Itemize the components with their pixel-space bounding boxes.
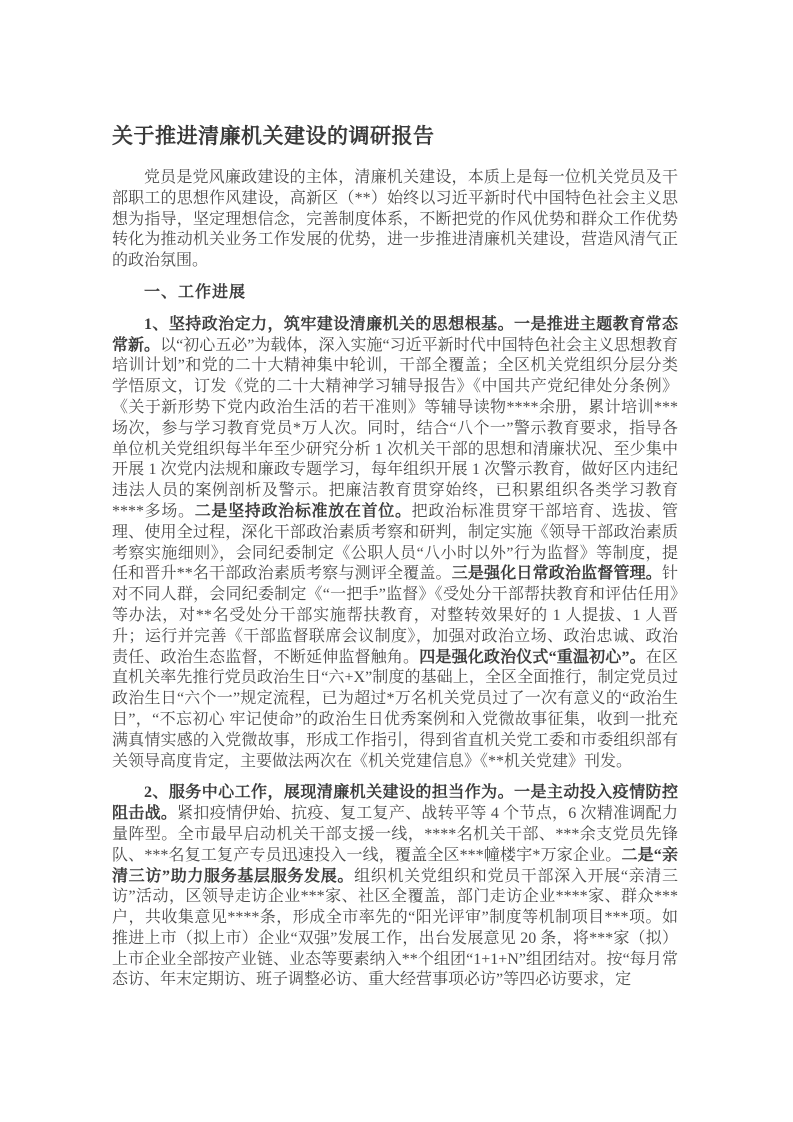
intro-paragraph: 党员是党风廉政建设的主体，清廉机关建设，本质上是每一位机关党员及干部职工的思想作… <box>112 168 678 272</box>
section-heading-work-progress: 一、工作进展 <box>112 283 678 304</box>
bold-run: 四是强化政治仪式“重温初心”。 <box>419 649 646 666</box>
bold-run: 三是强化日常政治监督管理。 <box>452 565 662 582</box>
paragraph-political-foundation: 1、坚持政治定力，筑牢建设清廉机关的思想根基。一是推进主题教育常态常新。以“初心… <box>112 315 678 773</box>
document-page: 关于推进清廉机关建设的调研报告 党员是党风廉政建设的主体，清廉机关建设，本质上是… <box>0 0 793 1122</box>
document-title: 关于推进清廉机关建设的调研报告 <box>112 121 678 152</box>
document-content: 关于推进清廉机关建设的调研报告 党员是党风廉政建设的主体，清廉机关建设，本质上是… <box>112 121 678 1002</box>
bold-run: 二是坚持政治标准放在首位。 <box>195 503 412 520</box>
paragraph-service-center: 2、服务中心工作，展现清廉机关建设的担当作为。一是主动投入疫情防控阻击战。紧扣疫… <box>112 783 678 991</box>
text-run: 在区直机关率先推行党员政治生日“六+X”制度的基础上，全区全面推行，制定党员过政… <box>112 649 678 770</box>
text-run: 以“初心五必”为载体，深入实施“习近平新时代中国特色社会主义思想教育培训计划”和… <box>112 337 678 520</box>
text-run: 组织机关党组织和党员干部深入开展“亲清三访”活动，区领导走访企业***家、社区全… <box>112 868 678 989</box>
text-run: 党员是党风廉政建设的主体，清廉机关建设，本质上是每一位机关党员及干部职工的思想作… <box>112 169 678 269</box>
text-run: 紧扣疫情伊始、抗疫、复工复产、战转平等 4 个节点，6 次精准调配力量阵型。全市… <box>112 805 678 864</box>
